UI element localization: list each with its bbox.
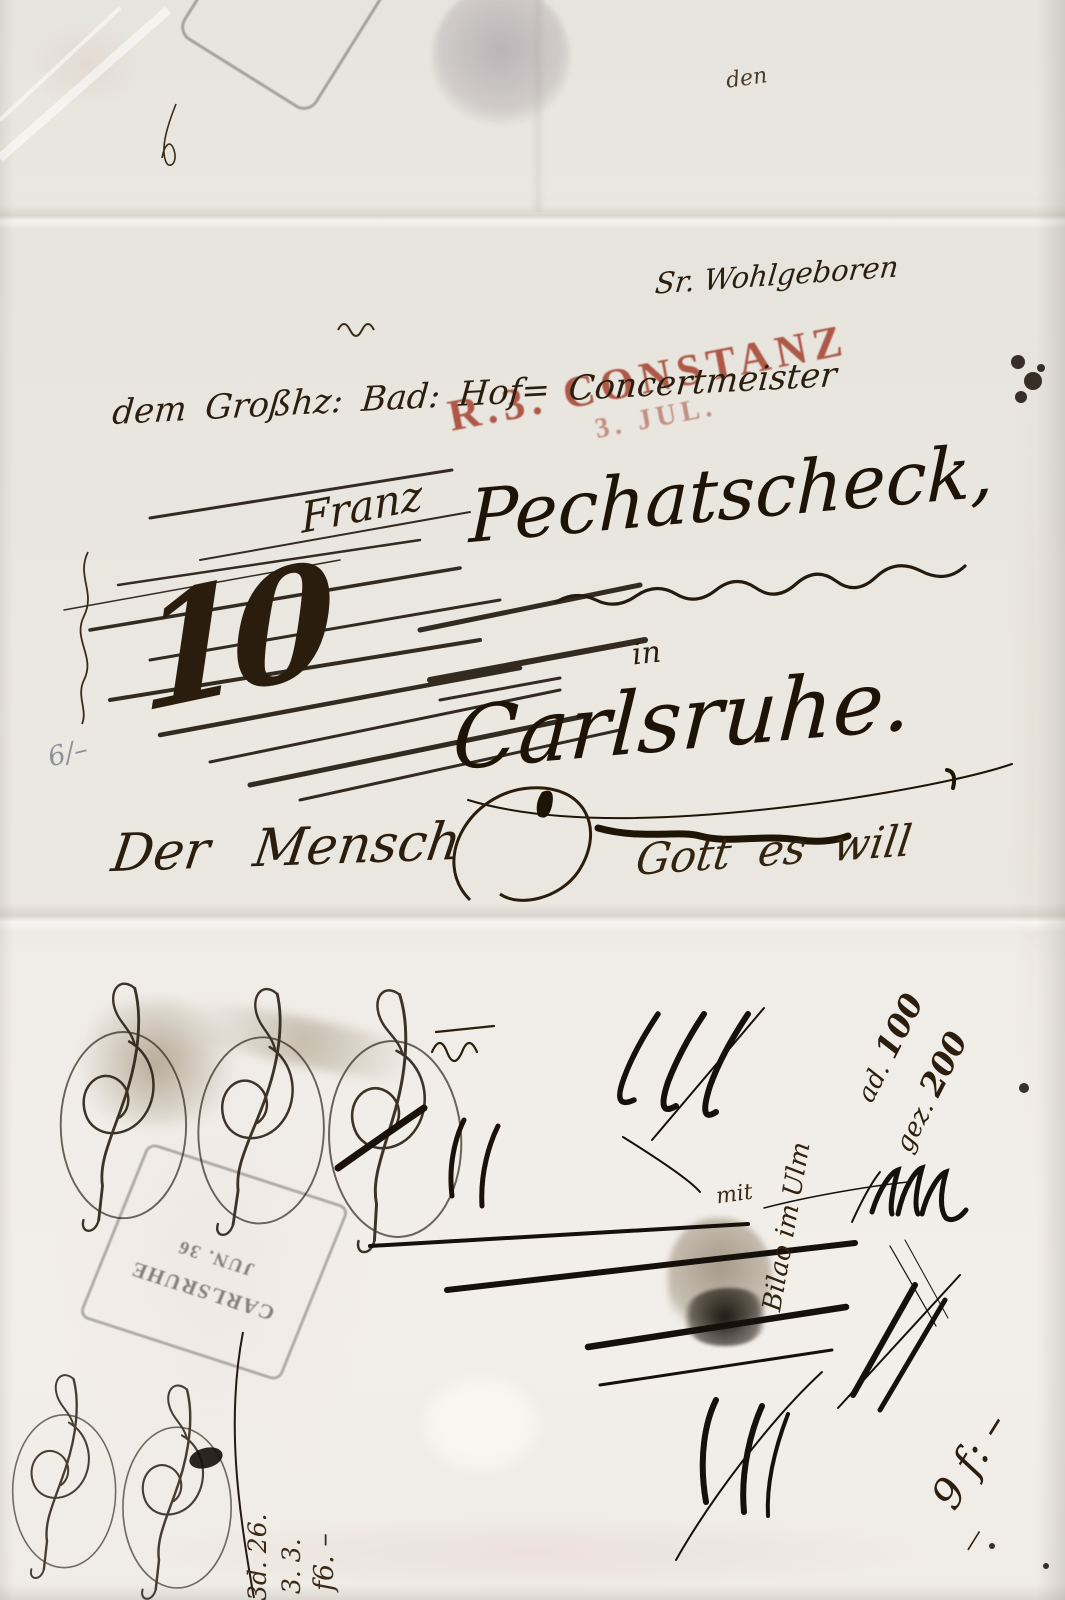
amount-dash: —: [954, 1522, 990, 1557]
edge-shadow-right: [1037, 0, 1065, 1600]
motto-right: Gott es will: [633, 816, 915, 886]
vertical-squiggle: [81, 552, 88, 724]
heavy-pen-strokes: [370, 1137, 948, 1385]
acct-label-200: gez.: [889, 1095, 940, 1157]
uu-scribble: [432, 1026, 494, 1061]
acct-value-100: 100: [867, 987, 931, 1064]
paper-abrasion-patch: [425, 1378, 537, 1470]
apostrophe-blob: [537, 791, 553, 818]
small-ink-blob: [187, 1444, 225, 1472]
bottom-acct-line3: 3d. 26.: [243, 1513, 272, 1600]
motto-left: Der Mensch: [108, 812, 465, 885]
note-in: in: [630, 635, 662, 673]
arrival-stamp: CARLSRUHE JUN. 36: [78, 1142, 350, 1382]
note-mit: mit: [714, 1180, 754, 1210]
bottom-acct-line1: f6. –: [309, 1533, 340, 1591]
bold-slash-through-clef: [338, 1108, 424, 1168]
pen-loop-mark: [162, 104, 176, 165]
fold-crease-top: [0, 206, 1065, 230]
arrival-fragment-line1: CARL: [234, 0, 375, 24]
fold-crease-middle: [0, 903, 1065, 933]
tally-marks-mid: [451, 1120, 498, 1206]
acct-label-100: ad.: [851, 1058, 896, 1108]
check-stroke-doodles: [620, 1008, 764, 1140]
edge-shadow-left: [0, 0, 14, 1600]
edge-shadow-bottom: [0, 1584, 1065, 1600]
mensch-flourish-loop: [454, 788, 591, 901]
acct-value-200: 200: [911, 1025, 975, 1102]
postage-rate: 10: [137, 527, 327, 748]
u-scribble: [338, 324, 374, 336]
diagonal-note: Bilao im Ulm: [757, 1140, 816, 1314]
ink-blot-core: [682, 1288, 768, 1346]
bottom-acct-line2: 3. 3.: [277, 1538, 306, 1594]
corner-scratches: [0, 8, 168, 158]
ink-doodles-layer: [0, 0, 1065, 1600]
letter-scan: CARL 6 CARLSRUHE JUN. 36 R.3. CONSTANZ 3…: [0, 0, 1065, 1600]
arrival-stamp-fragment: CARL 6: [175, 0, 393, 116]
treble-clef-doodles-bottom: [13, 1375, 231, 1599]
salutation: Sr. Wohlgeboren: [653, 249, 900, 300]
slash-strokes-right: [838, 1275, 960, 1410]
pencil-rate-note: 6/–: [45, 734, 91, 774]
tally-marks-lower: [676, 1372, 822, 1560]
note-den-top: den: [724, 63, 768, 94]
mu-scribble-bold: [852, 1168, 966, 1222]
surname-underline-flourish: [556, 566, 965, 604]
city-name: Carlsruhe.: [450, 650, 913, 791]
seal-blot: [432, 0, 570, 128]
ink-dots-right-edge: [989, 355, 1049, 1569]
amount-note: 9 f: –: [921, 1403, 1018, 1517]
